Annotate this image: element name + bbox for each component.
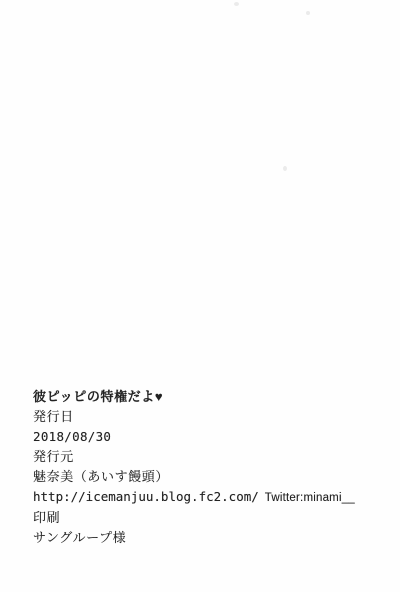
website-url: http://icemanjuu.blog.fc2.com/ <box>33 489 259 504</box>
scan-speck <box>283 166 287 171</box>
scan-speck <box>306 11 310 15</box>
scan-speck <box>234 2 239 6</box>
label-publication-date: 発行日 <box>33 407 373 427</box>
twitter-handle: Twitter:minami__ <box>265 492 355 504</box>
label-publisher: 発行元 <box>33 447 373 467</box>
scanned-page: 彼ピッピの特権だよ♥ 発行日 2018/08/30 発行元 魅奈美（あいす饅頭）… <box>0 0 400 592</box>
doujin-title: 彼ピッピの特権だよ♥ <box>33 387 373 407</box>
label-printing: 印刷 <box>33 508 373 528</box>
colophon-block: 彼ピッピの特権だよ♥ 発行日 2018/08/30 発行元 魅奈美（あいす饅頭）… <box>33 387 373 548</box>
printer-name: サングループ様 <box>33 528 373 548</box>
web-contact-line: http://icemanjuu.blog.fc2.com/Twitter:mi… <box>33 487 373 508</box>
publisher-name: 魅奈美（あいす饅頭） <box>33 467 373 487</box>
publication-date-value: 2018/08/30 <box>33 427 373 447</box>
